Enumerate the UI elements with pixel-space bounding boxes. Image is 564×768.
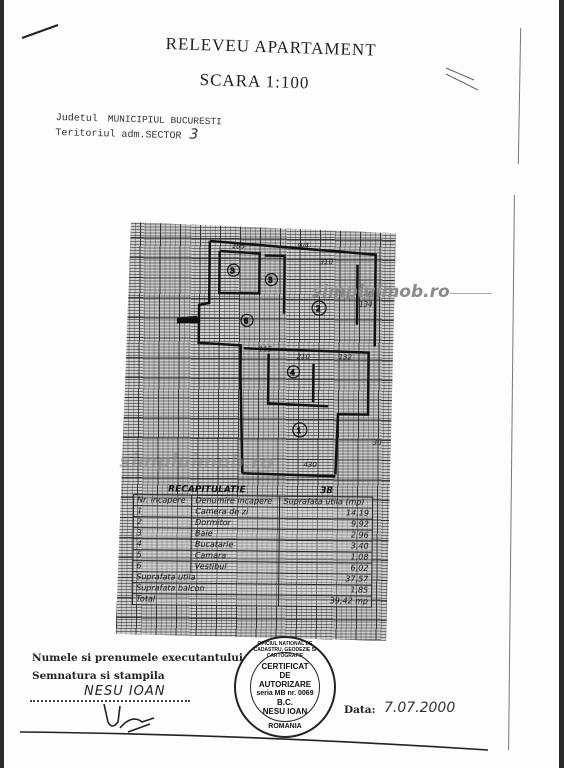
document-title: RELEVEU APARTAMENT [165,34,376,61]
floor-plan-walls: 3 5 2 6 4 1 185 310 140 134 115 210 132 … [117,222,396,485]
official-stamp: OFICIUL NATIONAL DE CADASTRU, GEODEZIE S… [234,636,336,738]
room-nr: 5 [133,550,191,562]
total-label: Suprafata utila [133,572,280,585]
total-value: 39,42 mp [279,595,372,607]
room-nr: 4 [133,539,191,551]
total-row: Total39,42 mp [132,594,371,608]
location-info: JudetulMUNICIPIUL BUCURESTI Teritoriul a… [55,111,222,144]
col-header-nr: Nr. incapere [134,495,192,507]
svg-text:310: 310 [320,258,334,266]
grand-total-unit: mp [355,596,368,605]
room-nr: 1 [133,506,191,518]
svg-text:430: 430 [303,461,317,469]
document-scale: SCARA 1:100 [199,70,309,93]
county-label: Judetul [56,113,98,125]
county-value: MUNICIPIUL BUCURESTI [108,113,222,127]
svg-text:132: 132 [339,353,353,361]
stamp-line-1: CERTIFICAT [236,662,334,671]
room-name: Dormitor [192,517,280,529]
col-header-area: Suprafata utila (mp) [280,496,373,508]
svg-text:185: 185 [232,242,246,250]
svg-text:115: 115 [259,345,273,353]
total-label: Total [132,594,279,607]
svg-text:3: 3 [230,266,234,275]
room-name: Bucatarie [191,539,279,551]
form-border-right [518,28,521,164]
document-page: RELEVEU APARTAMENT SCARA 1:100 JudetulMU… [4,0,559,768]
room-name: Baie [191,528,279,540]
stamp-line-2: DE [236,671,334,680]
svg-text:6: 6 [244,316,248,325]
pen-mark-top-right [444,64,484,94]
stamp-line-3: AUTORIZARE [236,680,334,689]
room-name: Camera de zi [192,506,280,518]
room-nr: 2 [133,517,191,529]
svg-text:1: 1 [297,426,301,435]
room-name: Vestibul [191,561,279,573]
col-header-name: Denumire incapere [192,495,280,507]
room-nr: 3 [133,528,191,540]
watermark-faint: simpluimob.ro [119,450,273,474]
date-label: Data: [344,704,375,716]
grand-total-value: 39,42 [330,596,353,605]
territory-value: 3 [189,127,198,143]
bottom-border-line [18,728,498,758]
date-value: 7.07.2000 [384,700,455,716]
pen-mark-top-left [20,22,80,52]
svg-text:2: 2 [316,304,320,313]
stamp-line-5: B.C. [236,698,334,707]
room-nr: 6 [133,561,191,573]
svg-text:30: 30 [373,439,383,447]
stamp-line-6: NESU IOAN [236,707,334,716]
svg-text:210: 210 [297,353,311,361]
watermark: simpluimob.ro [312,282,450,302]
executor-label: Numele si prenumele executantului [32,652,243,664]
svg-text:5: 5 [268,276,272,285]
executor-name: NESU IOAN [84,684,166,699]
svg-text:4: 4 [290,368,294,377]
territory-label: Teritoriul adm.SECTOR [55,128,181,142]
stamp-bottom: ROMANIA [236,722,334,731]
watermark-line [450,293,492,294]
room-name: Camara [191,550,279,562]
stamp-line-4: seria MB nr. 0069 [236,689,334,698]
total-label: Suprafata balcon [133,583,280,596]
form-border-right-lower [508,195,515,750]
signature-label: Semnatura si stampila [32,670,165,682]
recapitulation-table: RECAPITULATIE 38 Nr. incapere Denumire i… [132,484,373,627]
svg-text:9/4: 9/4 [298,242,309,250]
